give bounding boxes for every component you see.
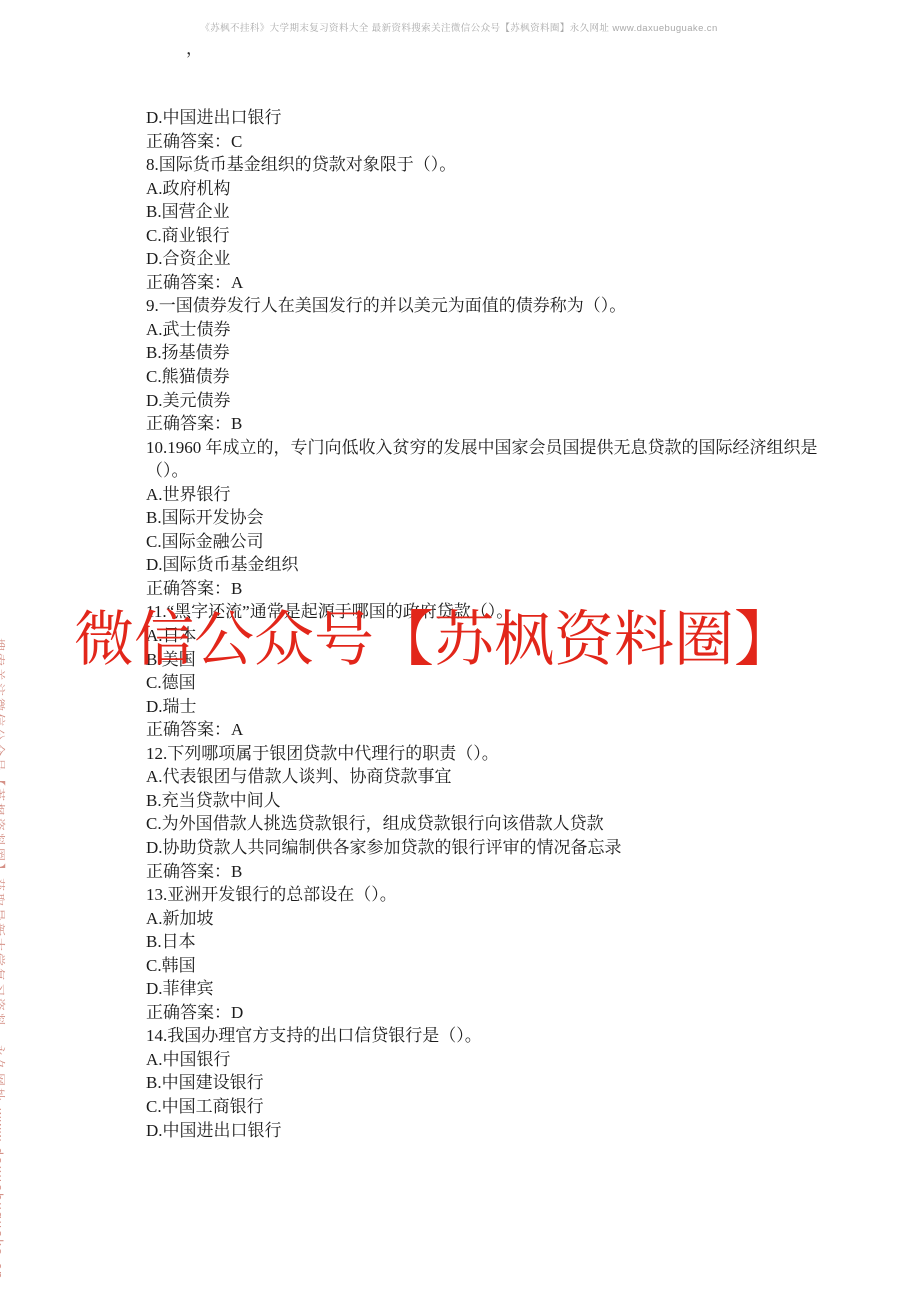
answer-line: 正确答案：A <box>146 718 836 742</box>
answer-line: 正确答案：D <box>146 1001 836 1025</box>
option-line: B.国际开发协会 <box>146 506 836 530</box>
option-line: D.合资企业 <box>146 247 836 271</box>
option-line: C.为外国借款人挑选贷款银行，组成贷款银行向该借款人贷款 <box>146 812 836 836</box>
option-line: B.中国建设银行 <box>146 1071 836 1095</box>
answer-line: 正确答案：C <box>146 130 836 154</box>
option-line: A.中国银行 <box>146 1048 836 1072</box>
option-line: A.武士债券 <box>146 318 836 342</box>
document-body: D.中国进出口银行 正确答案：C 8.国际货币基金组织的贷款对象限于（）。 A.… <box>146 106 836 1142</box>
option-line: D.协助贷款人共同编制供各家参加贷款的银行评审的情况备忘录 <box>146 836 836 860</box>
option-line: C.韩国 <box>146 954 836 978</box>
option-line: D.中国进出口银行 <box>146 106 836 130</box>
header-note: 《苏枫不挂科》大学期末复习资料大全 最新资料搜索关注微信公众号【苏枫资料圈】永久… <box>0 20 918 34</box>
option-line: A.代表银团与借款人谈判、协商贷款事宜 <box>146 765 836 789</box>
answer-line: 正确答案：A <box>146 271 836 295</box>
option-line: C.中国工商银行 <box>146 1095 836 1119</box>
option-line: B.扬基债券 <box>146 341 836 365</box>
question-line: 9.一国债券发行人在美国发行的并以美元为面值的债券称为（）。 <box>146 294 836 318</box>
option-line: B.充当贷款中间人 <box>146 789 836 813</box>
question-line: 14.我国办理官方支持的出口信贷银行是（）。 <box>146 1024 836 1048</box>
stray-comma-text: ， <box>186 34 203 59</box>
option-line: C.熊猫债券 <box>146 365 836 389</box>
option-line: D.国际货币基金组织 <box>146 553 836 577</box>
option-line: B.美国 <box>146 648 836 672</box>
answer-line: 正确答案：B <box>146 577 836 601</box>
left-vertical-watermark: 搜索关注微信公众号【苏枫资料圈】获取最新大学复习资料，永久网址 www.daxu… <box>0 638 9 1280</box>
question-line: 8.国际货币基金组织的贷款对象限于（）。 <box>146 153 836 177</box>
question-line: 12.下列哪项属于银团贷款中代理行的职责（）。 <box>146 742 836 766</box>
option-line: A.政府机构 <box>146 177 836 201</box>
option-line: A.日本 <box>146 624 836 648</box>
option-line: C.德国 <box>146 671 836 695</box>
option-line: A.世界银行 <box>146 483 836 507</box>
option-line: C.国际金融公司 <box>146 530 836 554</box>
option-line: A.新加坡 <box>146 907 836 931</box>
option-line: B.国营企业 <box>146 200 836 224</box>
question-line: 10.1960 年成立的，专门向低收入贫穷的发展中国家会员国提供无息贷款的国际经… <box>146 436 836 460</box>
question-line-continuation: （）。 <box>146 459 836 483</box>
option-line: B.日本 <box>146 930 836 954</box>
option-line: D.中国进出口银行 <box>146 1119 836 1143</box>
question-line: 13.亚洲开发银行的总部设在（）。 <box>146 883 836 907</box>
answer-line: 正确答案：B <box>146 412 836 436</box>
option-line: D.美元债券 <box>146 389 836 413</box>
question-line: 11.“黑字还流”通常是起源于哪国的政府贷款（）。 <box>146 600 836 624</box>
answer-line: 正确答案：B <box>146 860 836 884</box>
option-line: D.菲律宾 <box>146 977 836 1001</box>
option-line: C.商业银行 <box>146 224 836 248</box>
option-line: D.瑞士 <box>146 695 836 719</box>
